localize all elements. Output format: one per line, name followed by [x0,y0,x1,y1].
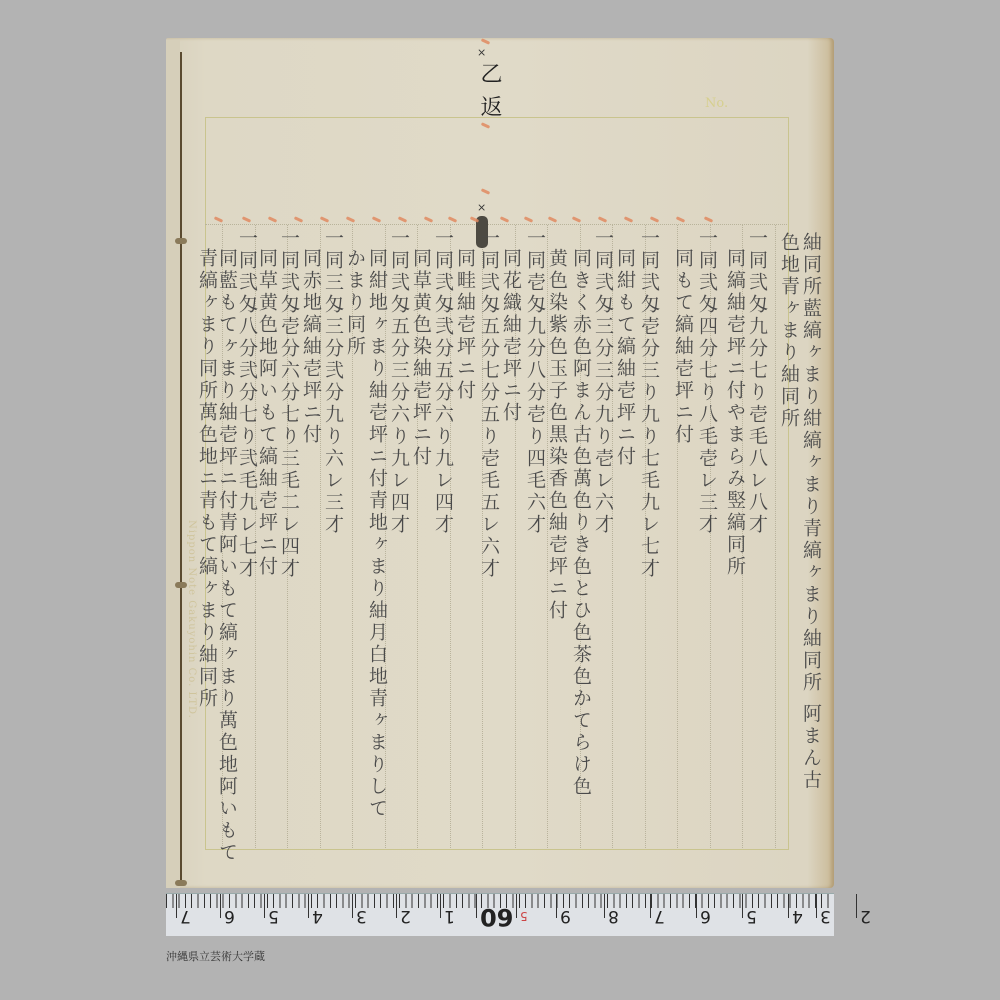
handwritten-entry: 同もて縞紬壱坪ニ付 [672,248,694,446]
cross-mark: × [477,201,486,214]
binding-thread [175,880,187,886]
ruler-major-tick [176,894,177,918]
binding-line [180,52,182,884]
ruler-number: 7 [180,906,191,926]
ruler-number: 2 [860,906,871,926]
number-label: No. [705,96,728,111]
ruler-number: 4 [792,906,803,926]
ruler-number: 3 [820,906,831,926]
binding-thread [175,238,187,244]
handwritten-entry: 黄色染紫色玉子色黒染香色紬壱坪ニ付 [546,248,568,622]
ruler-number: 7 [654,906,665,926]
ruler-number: 6 [700,906,711,926]
ruler-number: 1 [444,906,455,926]
handwritten-entry: 同赤地縞紬壱坪ニ付 [300,248,322,446]
ruler-major-tick [742,894,743,918]
ruler-major-tick [476,894,477,918]
page-heading: 乙 返 [474,62,505,119]
handwritten-entry: 同紺もて縞紬壱坪ニ付 [614,248,636,468]
handwritten-entry: かまり同所 [344,248,366,358]
handwritten-entry: 同畦紬壱坪ニ付 [454,248,476,402]
handwritten-entry: 一同弐匁壱分六分七り三毛二レ四才 [278,228,300,580]
ruler-major-tick [516,894,517,918]
ruler-major-tick [556,894,557,918]
ruler-major-tick [264,894,265,918]
handwritten-entry: 色地青ヶまり紬同所 [778,232,800,430]
handwritten-entry: 一同弐匁弐分五分六り九レ四才 [432,228,454,536]
ruler-number: 60 [480,903,513,931]
handwritten-entry: 一同弐匁三分三分九り壱レ六才 [592,228,614,536]
ruler-major-tick [352,894,353,918]
handwritten-entry: 一同壱匁九分八分壱り四毛六才 [524,228,546,536]
ruler-number: 5 [520,909,528,923]
handwritten-entry: 同きく赤色阿まん古色萬色りき色とひ色茶色かてらけ色 [570,248,592,798]
handwritten-entry: 同花織紬壱坪ニ付 [500,248,522,424]
ruler-major-tick [396,894,397,918]
collection-caption: 沖縄県立芸術大学蔵 [166,948,265,964]
ruler-major-tick [220,894,221,918]
handwritten-entry: 同縞紬壱坪ニ付やまらみ竪縞同所 [724,248,746,578]
column-guide-line [775,225,776,848]
handwritten-entry: 青縞ヶまり同所萬色地ニ青もて縞ヶまり紬同所 [196,248,218,710]
ruler-number: 2 [400,906,411,926]
handwritten-entry: 同藍もてヶまり紬壱坪ニ付青阿いもて縞ヶまり萬色地阿いもて [216,248,238,864]
handwritten-entry: 一同三匁三分弐分九り六レ三才 [322,228,344,536]
ruler-number: 3 [356,906,367,926]
binding-margin [166,40,180,888]
handwritten-entry: 一同弐匁壱分三り九り七毛九レ七才 [638,228,660,580]
ruler-number: 6 [224,906,235,926]
ruler-number: 5 [746,906,757,926]
handwritten-entry: 一同弐匁八分弐分七り弐毛九レ七才 [236,228,258,580]
cross-mark: × [477,46,486,59]
ruler-number: 4 [312,906,323,926]
handwritten-entry: 同紺地ヶまり紬壱坪ニ付青地ヶまり紬月白地青ヶまりして [366,248,388,820]
handwritten-entry: 同草黄色地阿いもて縞紬壱坪ニ付 [256,248,278,578]
ruler-major-tick [696,894,697,918]
ruler-major-tick [856,894,857,918]
handwritten-entry: 一同弐匁四分七り八毛壱レ三才 [696,228,718,536]
header-rule [205,224,787,225]
measuring-ruler: 765432160598765432 [166,893,834,936]
ruler-major-tick [308,894,309,918]
ruler-number: 8 [608,906,619,926]
handwritten-entry: 一同弐匁九分七り壱毛八レ八才 [746,228,768,536]
ruler-major-tick [604,894,605,918]
ruler-number: 9 [560,906,571,926]
handwritten-entry: 紬同所藍縞ヶまり紺縞ヶまり青縞ヶまり紬同所 阿まん古 [800,232,822,791]
ruler-major-tick [816,894,817,918]
handwritten-entry: 同草黄色染紬壱坪ニ付 [410,248,432,468]
ruler-number: 5 [268,906,279,926]
ruler-major-tick [440,894,441,918]
handwritten-entry: 一同弐匁五分七分五り壱毛五レ六才 [478,228,500,580]
handwritten-entry: 一同弐匁五分三分六り九レ四才 [388,228,410,536]
ruler-major-tick [788,894,789,918]
ruler-major-tick [650,894,651,918]
